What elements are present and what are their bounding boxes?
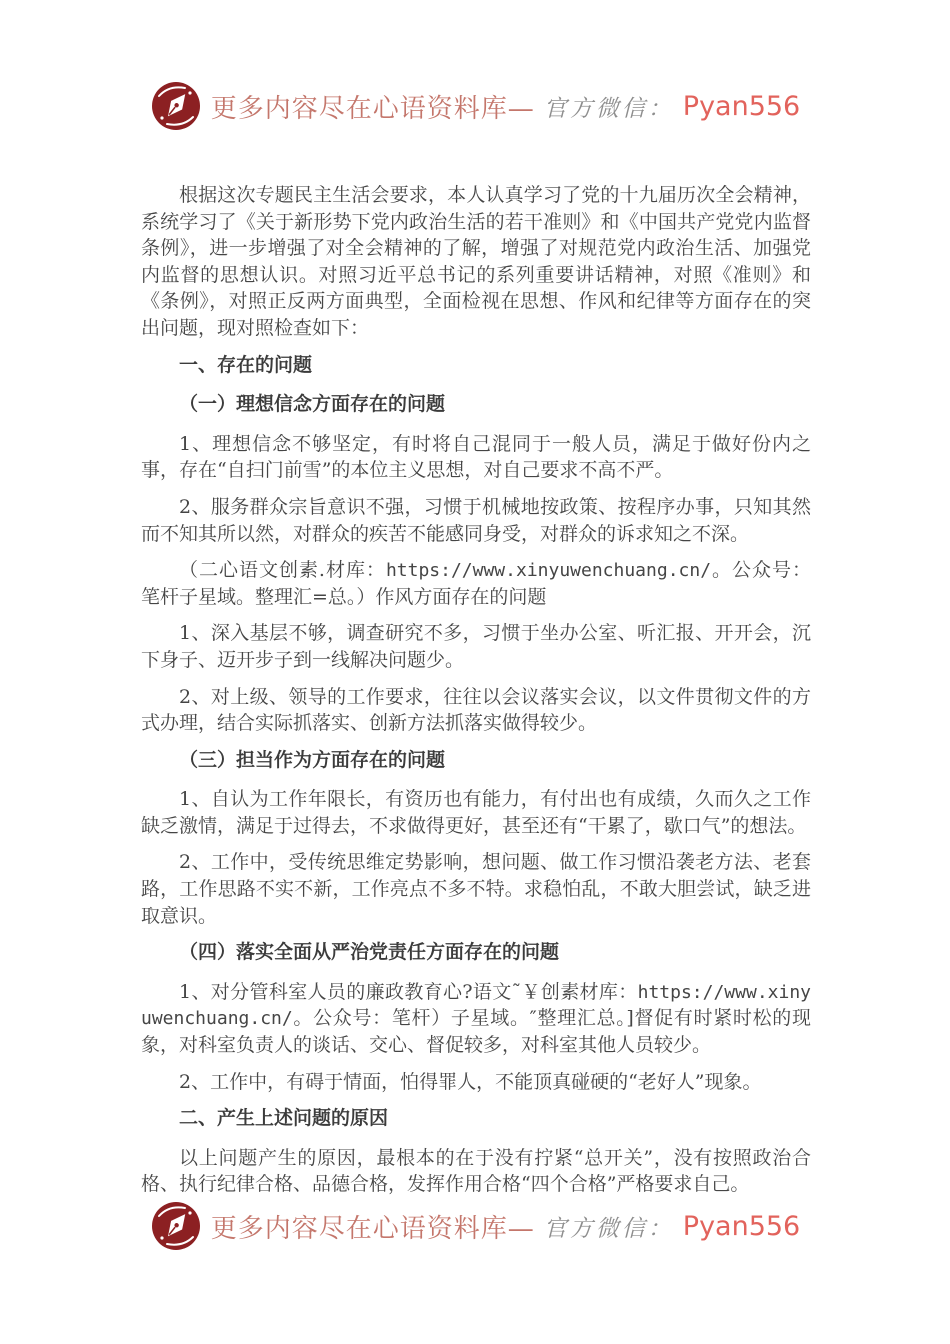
paragraph: 2、服务群众宗旨意识不强，习惯于机械地按政策、按程序办事，只知其然而不知其所以然…: [141, 494, 811, 547]
paragraph: （二心语文创素.材库：https://www.xinyuwenchuang.cn…: [141, 557, 811, 610]
pen-nib-icon: [150, 1200, 202, 1252]
url-text: https://www.xinyuwenchuang.cn/: [386, 560, 711, 581]
watermark-site-text: 更多内容尽在心语资料库—: [211, 1208, 535, 1245]
section-heading: （三）担当作为方面存在的问题: [141, 747, 811, 774]
document-body: 根据这次专题民主生活会要求，本人认真学习了党的十九届历次全会精神，系统学习了《关…: [141, 182, 811, 1208]
document-page: 更多内容尽在心语资料库— 官方微信： Pyan556 根据这次专题民主生活会要求…: [0, 0, 950, 1344]
paragraph: 根据这次专题民主生活会要求，本人认真学习了党的十九届历次全会精神，系统学习了《关…: [141, 182, 811, 342]
pen-nib-icon: [150, 80, 202, 132]
paragraph: 以上问题产生的原因，最根本的在于没有拧紧“总开关”，没有按照政治合格、执行纪律合…: [141, 1145, 811, 1198]
paragraph: 1、理想信念不够坚定，有时将自己混同于一般人员，满足于做好份内之事，存在“自扫门…: [141, 431, 811, 484]
paragraph: 2、工作中，受传统思维定势影响，想问题、做工作习惯沿袭老方法、老套路，工作思路不…: [141, 849, 811, 929]
url-text: https://www.xinyuwenchuang.cn/: [141, 982, 811, 1030]
section-heading: （一）理想信念方面存在的问题: [141, 391, 811, 418]
footer-watermark: 更多内容尽在心语资料库— 官方微信： Pyan556: [0, 1200, 950, 1252]
paragraph: 1、自认为工作年限长，有资历也有能力，有付出也有成绩，久而久之工作缺乏激情，满足…: [141, 786, 811, 839]
header-watermark: 更多内容尽在心语资料库— 官方微信： Pyan556: [0, 80, 950, 132]
paragraph: 1、深入基层不够，调查研究不多，习惯于坐办公室、听汇报、开开会，沉下身子、迈开步…: [141, 620, 811, 673]
section-heading: 一、存在的问题: [141, 352, 811, 379]
watermark-channel-label: 官方微信：: [544, 1210, 674, 1243]
watermark-site-text: 更多内容尽在心语资料库—: [211, 88, 535, 125]
watermark-wechat-id: Pyan556: [683, 91, 800, 122]
paragraph: 2、对上级、领导的工作要求，往往以会议落实会议，以文件贯彻文件的方式办理，结合实…: [141, 684, 811, 737]
watermark-wechat-id: Pyan556: [683, 1211, 800, 1242]
paragraph: 1、对分管科室人员的廉政教育心?语文˜￥创素材库：https://www.xin…: [141, 979, 811, 1059]
paragraph: 2、工作中，有碍于情面，怕得罪人，不能顶真碰硬的“老好人”现象。: [141, 1069, 811, 1096]
section-heading: （四）落实全面从严治党责任方面存在的问题: [141, 939, 811, 966]
section-heading: 二、产生上述问题的原因: [141, 1105, 811, 1132]
watermark-channel-label: 官方微信：: [544, 90, 674, 123]
